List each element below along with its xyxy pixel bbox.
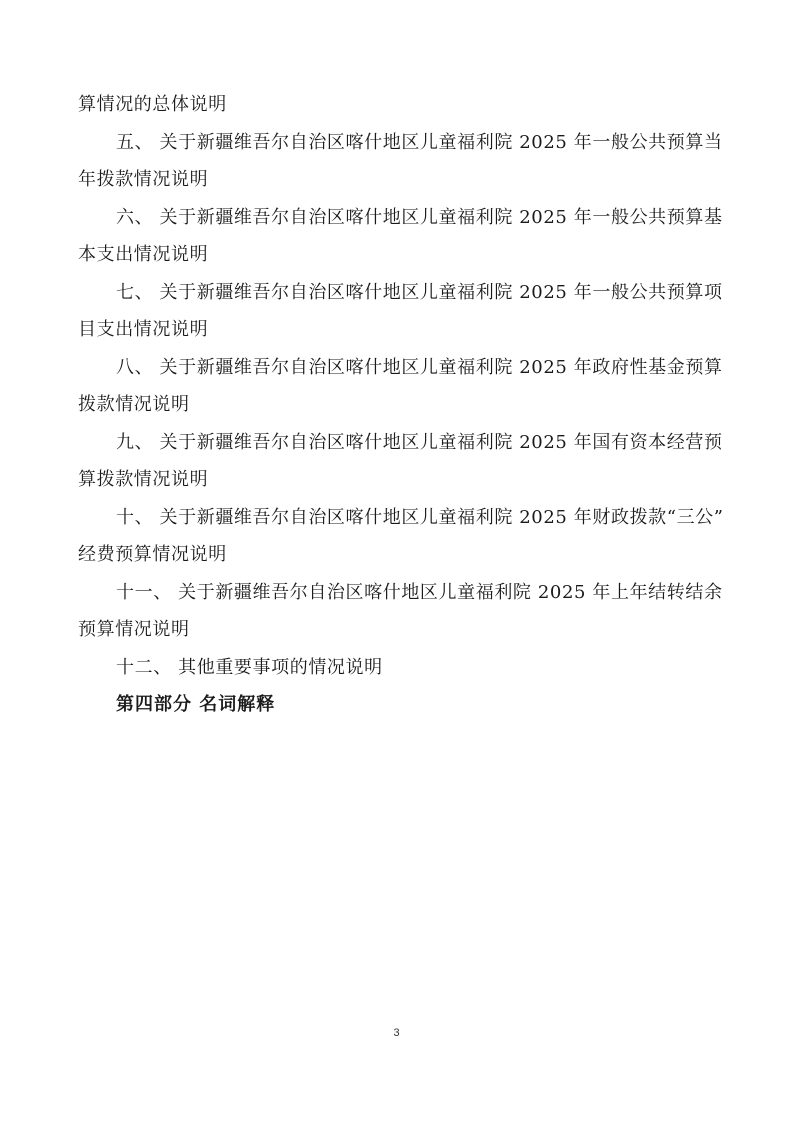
section-heading: 第四部分 名词解释 — [78, 686, 718, 724]
toc-item-10-continuation: 经费预算情况说明 — [78, 536, 718, 574]
toc-item-9: 九、 关于新疆维吾尔自治区喀什地区儿童福利院 2025 年国有资本经营预 — [78, 424, 718, 462]
toc-item-9-continuation: 算拨款情况说明 — [78, 461, 718, 499]
toc-item-6-continuation: 本支出情况说明 — [78, 236, 718, 274]
toc-item-8: 八、 关于新疆维吾尔自治区喀什地区儿童福利院 2025 年政府性基金预算 — [78, 349, 718, 387]
toc-item-6: 六、 关于新疆维吾尔自治区喀什地区儿童福利院 2025 年一般公共预算基 — [78, 199, 718, 237]
toc-item-7: 七、 关于新疆维吾尔自治区喀什地区儿童福利院 2025 年一般公共预算项 — [78, 274, 718, 312]
toc-item-8-continuation: 拨款情况说明 — [78, 386, 718, 424]
toc-item-10: 十、 关于新疆维吾尔自治区喀什地区儿童福利院 2025 年财政拨款“三公” — [78, 499, 718, 537]
toc-item-11: 十一、 关于新疆维吾尔自治区喀什地区儿童福利院 2025 年上年结转结余 — [78, 574, 718, 612]
document-page: 算情况的总体说明 五、 关于新疆维吾尔自治区喀什地区儿童福利院 2025 年一般… — [0, 0, 793, 1122]
toc-item-5: 五、 关于新疆维吾尔自治区喀什地区儿童福利院 2025 年一般公共预算当 — [78, 124, 718, 162]
toc-content: 算情况的总体说明 五、 关于新疆维吾尔自治区喀什地区儿童福利院 2025 年一般… — [78, 86, 718, 724]
toc-line-continuation: 算情况的总体说明 — [78, 86, 718, 124]
toc-item-12: 十二、 其他重要事项的情况说明 — [78, 649, 718, 687]
toc-item-7-continuation: 目支出情况说明 — [78, 311, 718, 349]
page-number: 3 — [0, 1027, 793, 1039]
toc-item-11-continuation: 预算情况说明 — [78, 611, 718, 649]
toc-item-5-continuation: 年拨款情况说明 — [78, 161, 718, 199]
